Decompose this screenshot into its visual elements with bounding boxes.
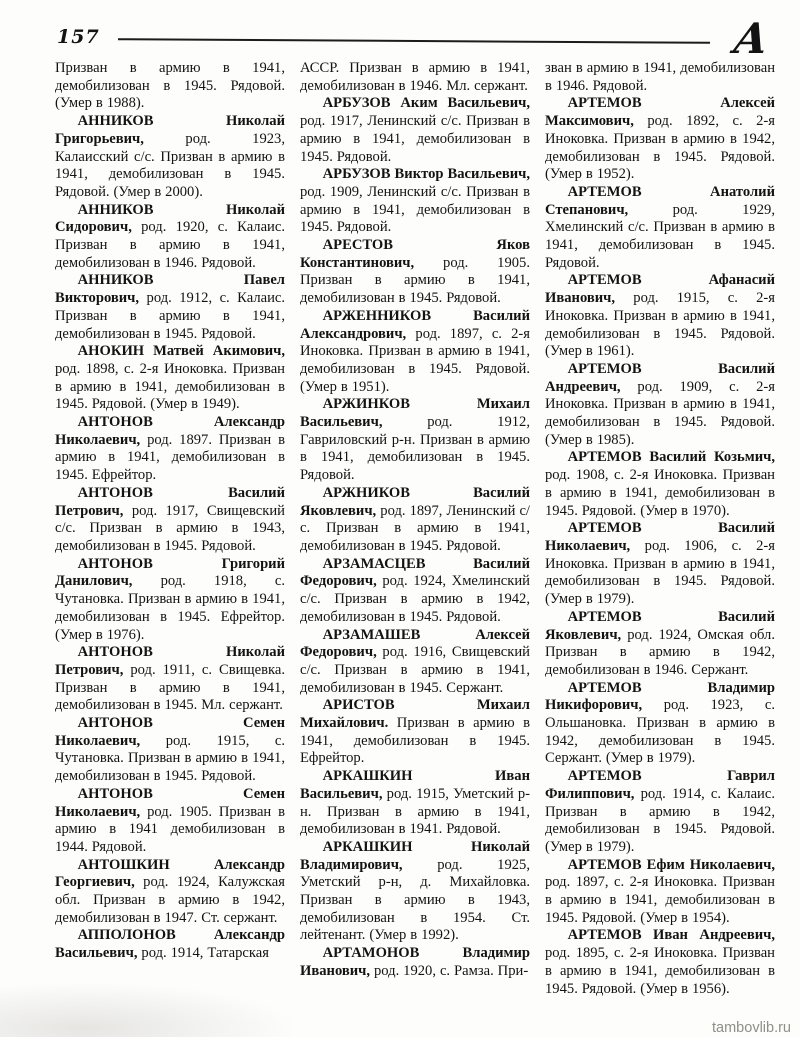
entry-paragraph: АНТОНОВ Семен Николаевич, род. 1915, с. … [55, 715, 285, 786]
entry-name: АРЖИНКОВ Михаил Васильевич, [300, 396, 530, 430]
entry-paragraph: АРТЕМОВ Василий Яковлевич, род. 1924, Ом… [545, 609, 775, 680]
entry-name: АРТЕМОВ Афанасий Иванович, [545, 272, 775, 306]
entry-name: АРТЕМОВ Василий Яковлевич, [545, 609, 775, 643]
entry-paragraph: АНТОНОВ Семен Николаевич, род. 1905. При… [55, 786, 285, 857]
header-rule [118, 38, 710, 44]
entry-name: АРТАМОНОВ Владимир Иванович, [300, 945, 530, 979]
entry-name: АРТЕМОВ Алексей Максимович, [545, 95, 775, 129]
entry-paragraph: АРТЕМОВ Иван Андреевич, род. 1895, с. 2-… [545, 927, 775, 998]
entry-paragraph: АРТЕМОВ Гаврил Филиппович, род. 1914, с.… [545, 768, 775, 857]
entry-name: АРИСТОВ Михаил Михайлович. [300, 697, 530, 731]
entry-paragraph: АРБУЗОВ Виктор Васильевич, род. 1909, Ле… [300, 166, 530, 237]
text-columns: Призван в армию в 1941, демобилизован в … [55, 60, 775, 1005]
entry-paragraph: АННИКОВ Николай Сидорович, род. 1920, с.… [55, 202, 285, 273]
entry-name: АРБУЗОВ Виктор Васильевич, [323, 166, 530, 182]
entry-name: АННИКОВ Николай Григорьевич, [55, 113, 285, 147]
entry-name: АНТОНОВ Александр Николаевич, [55, 414, 285, 448]
entry-paragraph: АРТЕМОВ Василий Николаевич, род. 1906, с… [545, 520, 775, 609]
entry-paragraph: АНТОНОВ Григорий Данилович, род. 1918, с… [55, 556, 285, 645]
entry-paragraph: АРЕСТОВ Яков Константинович, род. 1905. … [300, 237, 530, 308]
text-column-1: Призван в армию в 1941, демобилизован в … [55, 60, 285, 1005]
entry-paragraph: зван в армию в 1941, демобилизован в 194… [545, 60, 775, 95]
entry-paragraph: АССР. Призван в армию в 1941, демобилизо… [300, 60, 530, 95]
entry-name: АППОЛОНОВ Александр Васильевич, [55, 927, 285, 961]
entry-paragraph: АРТЕМОВ Владимир Никифорович, род. 1923,… [545, 680, 775, 769]
entry-paragraph: АНТОНОВ Александр Николаевич, род. 1897.… [55, 414, 285, 485]
entry-paragraph: АРТЕМОВ Алексей Максимович, род. 1892, с… [545, 95, 775, 184]
entry-paragraph: АННИКОВ Николай Григорьевич, род. 1923, … [55, 113, 285, 202]
entry-name: АРТЕМОВ Владимир Никифорович, [545, 680, 775, 714]
entry-paragraph: АРКАШКИН Иван Васильевич, род. 1915, Уме… [300, 768, 530, 839]
entry-name: АРТЕМОВ Василий Козьмич, [568, 449, 775, 465]
entry-paragraph: АРИСТОВ Михаил Михайлович. Призван в арм… [300, 697, 530, 768]
entry-paragraph: АНТОНОВ Николай Петрович, род. 1911, с. … [55, 644, 285, 715]
entry-paragraph: АРЖИНКОВ Михаил Васильевич, род. 1912, Г… [300, 396, 530, 485]
entry-name: АНТОНОВ Семен Николаевич, [55, 786, 285, 820]
entry-paragraph: АНТОНОВ Василий Петрович, род. 1917, Сви… [55, 485, 285, 556]
entry-name: АРЗАМАСЦЕВ Василий Федорович, [300, 556, 530, 590]
entry-name: АРТЕМОВ Иван Андреевич, [568, 927, 775, 943]
entry-name: АРБУЗОВ Аким Васильевич, [323, 95, 530, 111]
entry-paragraph: АНОКИН Матвей Акимович, род. 1898, с. 2-… [55, 343, 285, 414]
entry-paragraph: АРЖЕННИКОВ Василий Александрович, род. 1… [300, 308, 530, 397]
text-column-3: зван в армию в 1941, демобилизован в 194… [545, 60, 775, 1005]
entry-paragraph: АРЗАМАСЦЕВ Василий Федорович, род. 1924,… [300, 556, 530, 627]
watermark: tambovlib.ru [712, 1020, 791, 1036]
entry-name: АННИКОВ Павел Викторович, [55, 272, 285, 306]
entry-paragraph: АРТЕМОВ Василий Козьмич, род. 1908, с. 2… [545, 449, 775, 520]
entry-name: АРТЕМОВ Анатолий Степанович, [545, 184, 775, 218]
entry-paragraph: АННИКОВ Павел Викторович, род. 1912, с. … [55, 272, 285, 343]
entry-paragraph: Призван в армию в 1941, демобилизован в … [55, 60, 285, 113]
page-number: 157 [57, 26, 100, 48]
entry-name: АРТЕМОВ Василий Николаевич, [545, 520, 775, 554]
entry-name: АНОКИН Матвей Акимович, [78, 343, 285, 359]
entry-name: АРЖНИКОВ Василий Яковлевич, [300, 485, 530, 519]
section-letter: А [731, 18, 771, 60]
text-column-2: АССР. Призван в армию в 1941, демобилизо… [300, 60, 530, 1005]
entry-paragraph: АРЖНИКОВ Василий Яковлевич, род. 1897, Л… [300, 485, 530, 556]
entry-paragraph: АРБУЗОВ Аким Васильевич, род. 1917, Лени… [300, 95, 530, 166]
entry-paragraph: АРТЕМОВ Афанасий Иванович, род. 1915, с.… [545, 272, 775, 361]
entry-name: АНТОНОВ Василий Петрович, [55, 485, 285, 519]
entry-paragraph: АРКАШКИН Николай Владимирович, род. 1925… [300, 839, 530, 945]
entry-name: АРКАШКИН Иван Васильевич, [300, 768, 530, 802]
book-page: 157 А Призван в армию в 1941, демобилизо… [0, 0, 800, 1037]
entry-name: АНТОНОВ Семен Николаевич, [55, 715, 285, 749]
entry-name: АНТОНОВ Николай Петрович, [55, 644, 285, 678]
entry-paragraph: АРТАМОНОВ Владимир Иванович, род. 1920, … [300, 945, 530, 980]
entry-paragraph: АРТЕМОВ Ефим Николаевич, род. 1897, с. 2… [545, 857, 775, 928]
entry-name: АРЖЕННИКОВ Василий Александрович, [300, 308, 530, 342]
entry-paragraph: АРТЕМОВ Василий Андреевич, род. 1909, с.… [545, 361, 775, 450]
entry-name: АРТЕМОВ Ефим Николаевич, [568, 857, 775, 873]
entry-paragraph: АППОЛОНОВ Александр Васильевич, род. 191… [55, 927, 285, 962]
entry-name: АРЕСТОВ Яков Константинович, [300, 237, 530, 271]
entry-paragraph: АРЗАМАШЕВ Алексей Федорович, род. 1916, … [300, 627, 530, 698]
entry-paragraph: АРТЕМОВ Анатолий Степанович, род. 1929, … [545, 184, 775, 273]
entry-paragraph: АНТОШКИН Александр Георгиевич, род. 1924… [55, 857, 285, 928]
entry-name: АРЗАМАШЕВ Алексей Федорович, [300, 627, 530, 661]
entry-name: АННИКОВ Николай Сидорович, [55, 202, 285, 236]
entry-name: АРТЕМОВ Василий Андреевич, [545, 361, 775, 395]
entry-name: АНТОНОВ Григорий Данилович, [55, 556, 285, 590]
entry-name: АРТЕМОВ Гаврил Филиппович, [545, 768, 775, 802]
entry-name: АРКАШКИН Николай Владимирович, [300, 839, 530, 873]
entry-name: АНТОШКИН Александр Георгиевич, [55, 857, 285, 891]
